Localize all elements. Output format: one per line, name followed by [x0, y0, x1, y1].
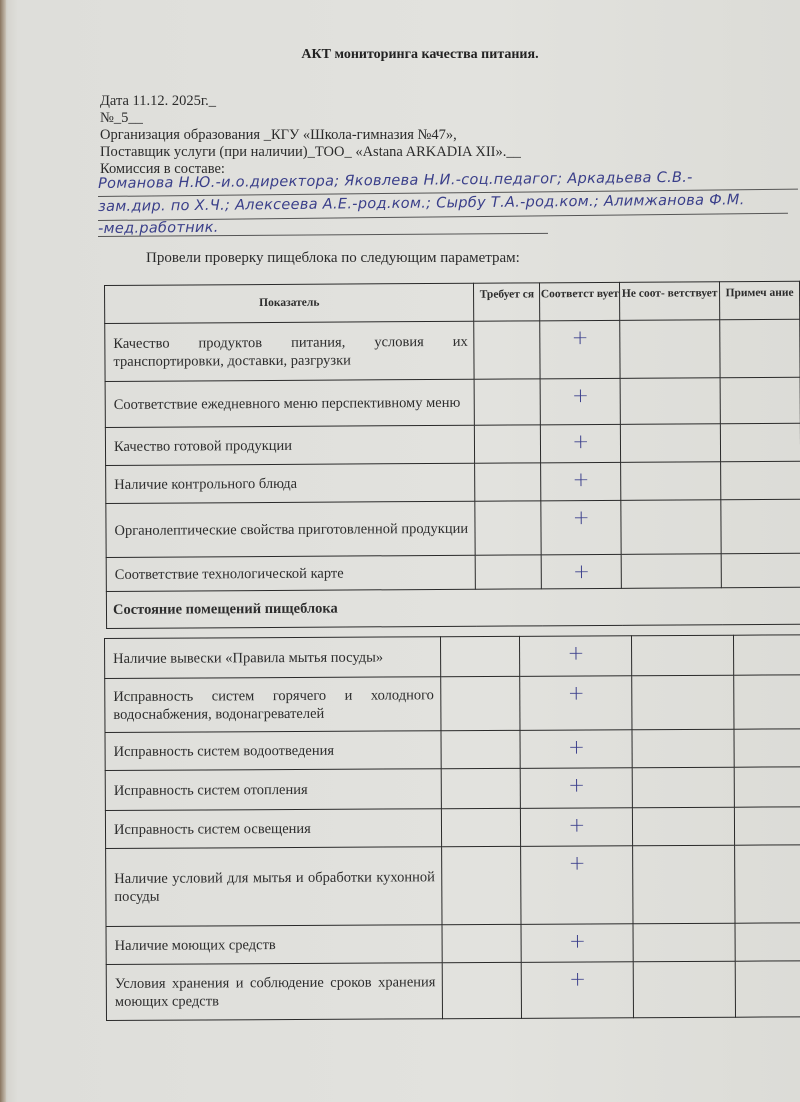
complies-cell: +: [540, 320, 620, 378]
supplier-line: Поставщик услуги (при наличии)_ТОО_ «Ast…: [100, 144, 521, 161]
complies-cell: +: [520, 676, 632, 731]
document-title: АКТ мониторинга качества питания.: [0, 47, 800, 63]
required-cell: [442, 924, 522, 962]
note-cell: [735, 923, 800, 961]
note-cell: [734, 675, 800, 729]
indicator-cell: Исправность систем горячего и холодного …: [105, 677, 441, 733]
table-row: Органолептические свойства приготовленно…: [106, 499, 800, 557]
complies-cell: +: [541, 500, 621, 554]
date-line: Дата 11.12. 2025г._: [100, 93, 521, 110]
indicator-cell: Качество готовой продукции: [105, 425, 475, 465]
inspection-table-part2: Наличие вывески «Правила мытья посуды»+И…: [104, 634, 800, 1021]
not-complies-cell: [633, 961, 735, 1018]
table-row: Наличие контрольного блюда+: [106, 461, 800, 503]
indicator-cell: Исправность систем водоотведения: [105, 731, 441, 771]
table-row: Соответствие ежедневного меню перспектив…: [105, 377, 800, 427]
complies-cell: +: [520, 636, 632, 677]
note-cell: [720, 423, 800, 461]
section-title: Состояние помещений пищеблока: [106, 587, 800, 628]
table-row: Исправность систем водоотведения+: [105, 729, 800, 771]
indicator-cell: Наличие моющих средств: [106, 925, 442, 965]
indicator-cell: Условия хранения и соблюдение сроков хра…: [106, 963, 442, 1021]
not-complies-cell: [633, 923, 735, 962]
not-complies-cell: [621, 500, 721, 555]
not-complies-cell: [632, 635, 734, 676]
complies-cell: +: [541, 462, 621, 500]
table-row: Наличие вывески «Правила мытья посуды»+: [105, 635, 800, 679]
table-row: Наличие условий для мытья и обработки ку…: [106, 845, 800, 927]
note-cell: [721, 553, 800, 587]
not-complies-cell: [620, 378, 720, 425]
indicator-cell: Исправность систем отопления: [105, 769, 441, 811]
required-cell: [476, 555, 542, 589]
header-indicator: Показатель: [105, 283, 475, 323]
not-complies-cell: [632, 729, 734, 768]
table-row: Исправность систем отопления+: [105, 767, 800, 811]
inspection-table-part1: Показатель Требует ся Соответст вует Не …: [104, 281, 800, 629]
complies-cell: +: [521, 768, 633, 809]
organization-line: Организация образования _КГУ «Школа-гимн…: [100, 127, 521, 144]
paper-edge: [0, 0, 6, 1102]
indicator-cell: Качество продуктов питания, условия их т…: [105, 321, 475, 381]
required-cell: [442, 962, 522, 1018]
number-line: №_5__: [100, 110, 521, 127]
required-cell: [441, 768, 521, 808]
note-cell: [734, 635, 800, 675]
indicator-cell: Соответствие технологической карте: [106, 555, 476, 591]
table-header-row: Показатель Требует ся Соответст вует Не …: [105, 281, 800, 323]
table-row: Наличие моющих средств+: [106, 923, 800, 965]
header-not-complies: Не соот- ветствует: [620, 282, 720, 321]
table-row: Соответствие технологической карте+: [106, 553, 800, 591]
not-complies-cell: [621, 424, 721, 463]
note-cell: [735, 961, 800, 1017]
not-complies-cell: [621, 462, 721, 501]
complies-cell: +: [520, 730, 632, 769]
table-row: Качество продуктов питания, условия их т…: [105, 319, 800, 381]
indicator-cell: Органолептические свойства приготовленно…: [106, 501, 476, 557]
section-row: Состояние помещений пищеблока: [106, 587, 800, 628]
indicator-cell: Наличие вывески «Правила мытья посуды»: [105, 637, 441, 679]
required-cell: [475, 425, 541, 463]
intro-text: Провели проверку пищеблока по следующим …: [146, 250, 520, 267]
table-row: Качество готовой продукции+: [105, 423, 800, 465]
table-row: Условия хранения и соблюдение сроков хра…: [106, 961, 800, 1021]
not-complies-cell: [632, 767, 734, 808]
note-cell: [734, 767, 800, 807]
complies-cell: +: [540, 378, 620, 424]
complies-cell: +: [521, 846, 633, 925]
header-required: Требует ся: [474, 283, 540, 321]
required-cell: [474, 379, 540, 425]
not-complies-cell: [632, 675, 734, 730]
note-cell: [734, 729, 800, 767]
not-complies-cell: [633, 845, 735, 924]
indicator-cell: Наличие условий для мытья и обработки ку…: [106, 847, 442, 927]
not-complies-cell: [621, 554, 721, 589]
table-row: Исправность систем освещения+: [105, 807, 800, 849]
note-cell: [735, 845, 800, 923]
required-cell: [474, 321, 540, 379]
required-cell: [441, 846, 521, 924]
indicator-cell: Исправность систем освещения: [105, 809, 441, 849]
note-cell: [720, 377, 800, 423]
note-cell: [734, 807, 800, 845]
complies-cell: +: [541, 554, 621, 588]
required-cell: [441, 730, 521, 768]
required-cell: [440, 676, 520, 730]
note-cell: [720, 319, 800, 377]
complies-cell: +: [521, 808, 633, 847]
document-header: Дата 11.12. 2025г._ №_5__ Организация об…: [100, 93, 521, 178]
table-row: Исправность систем горячего и холодного …: [105, 675, 800, 733]
complies-cell: +: [521, 924, 633, 963]
header-complies: Соответст вует: [540, 282, 620, 320]
complies-cell: +: [522, 962, 634, 1019]
required-cell: [441, 808, 521, 846]
not-complies-cell: [620, 320, 720, 379]
indicator-cell: Наличие контрольного блюда: [106, 463, 476, 503]
note-cell: [721, 461, 800, 499]
complies-cell: +: [541, 424, 621, 462]
header-note: Примеч ание: [720, 281, 800, 319]
not-complies-cell: [633, 807, 735, 846]
required-cell: [475, 501, 541, 555]
note-cell: [721, 499, 800, 553]
required-cell: [440, 636, 520, 676]
indicator-cell: Соответствие ежедневного меню перспектив…: [105, 379, 475, 427]
required-cell: [475, 463, 541, 501]
